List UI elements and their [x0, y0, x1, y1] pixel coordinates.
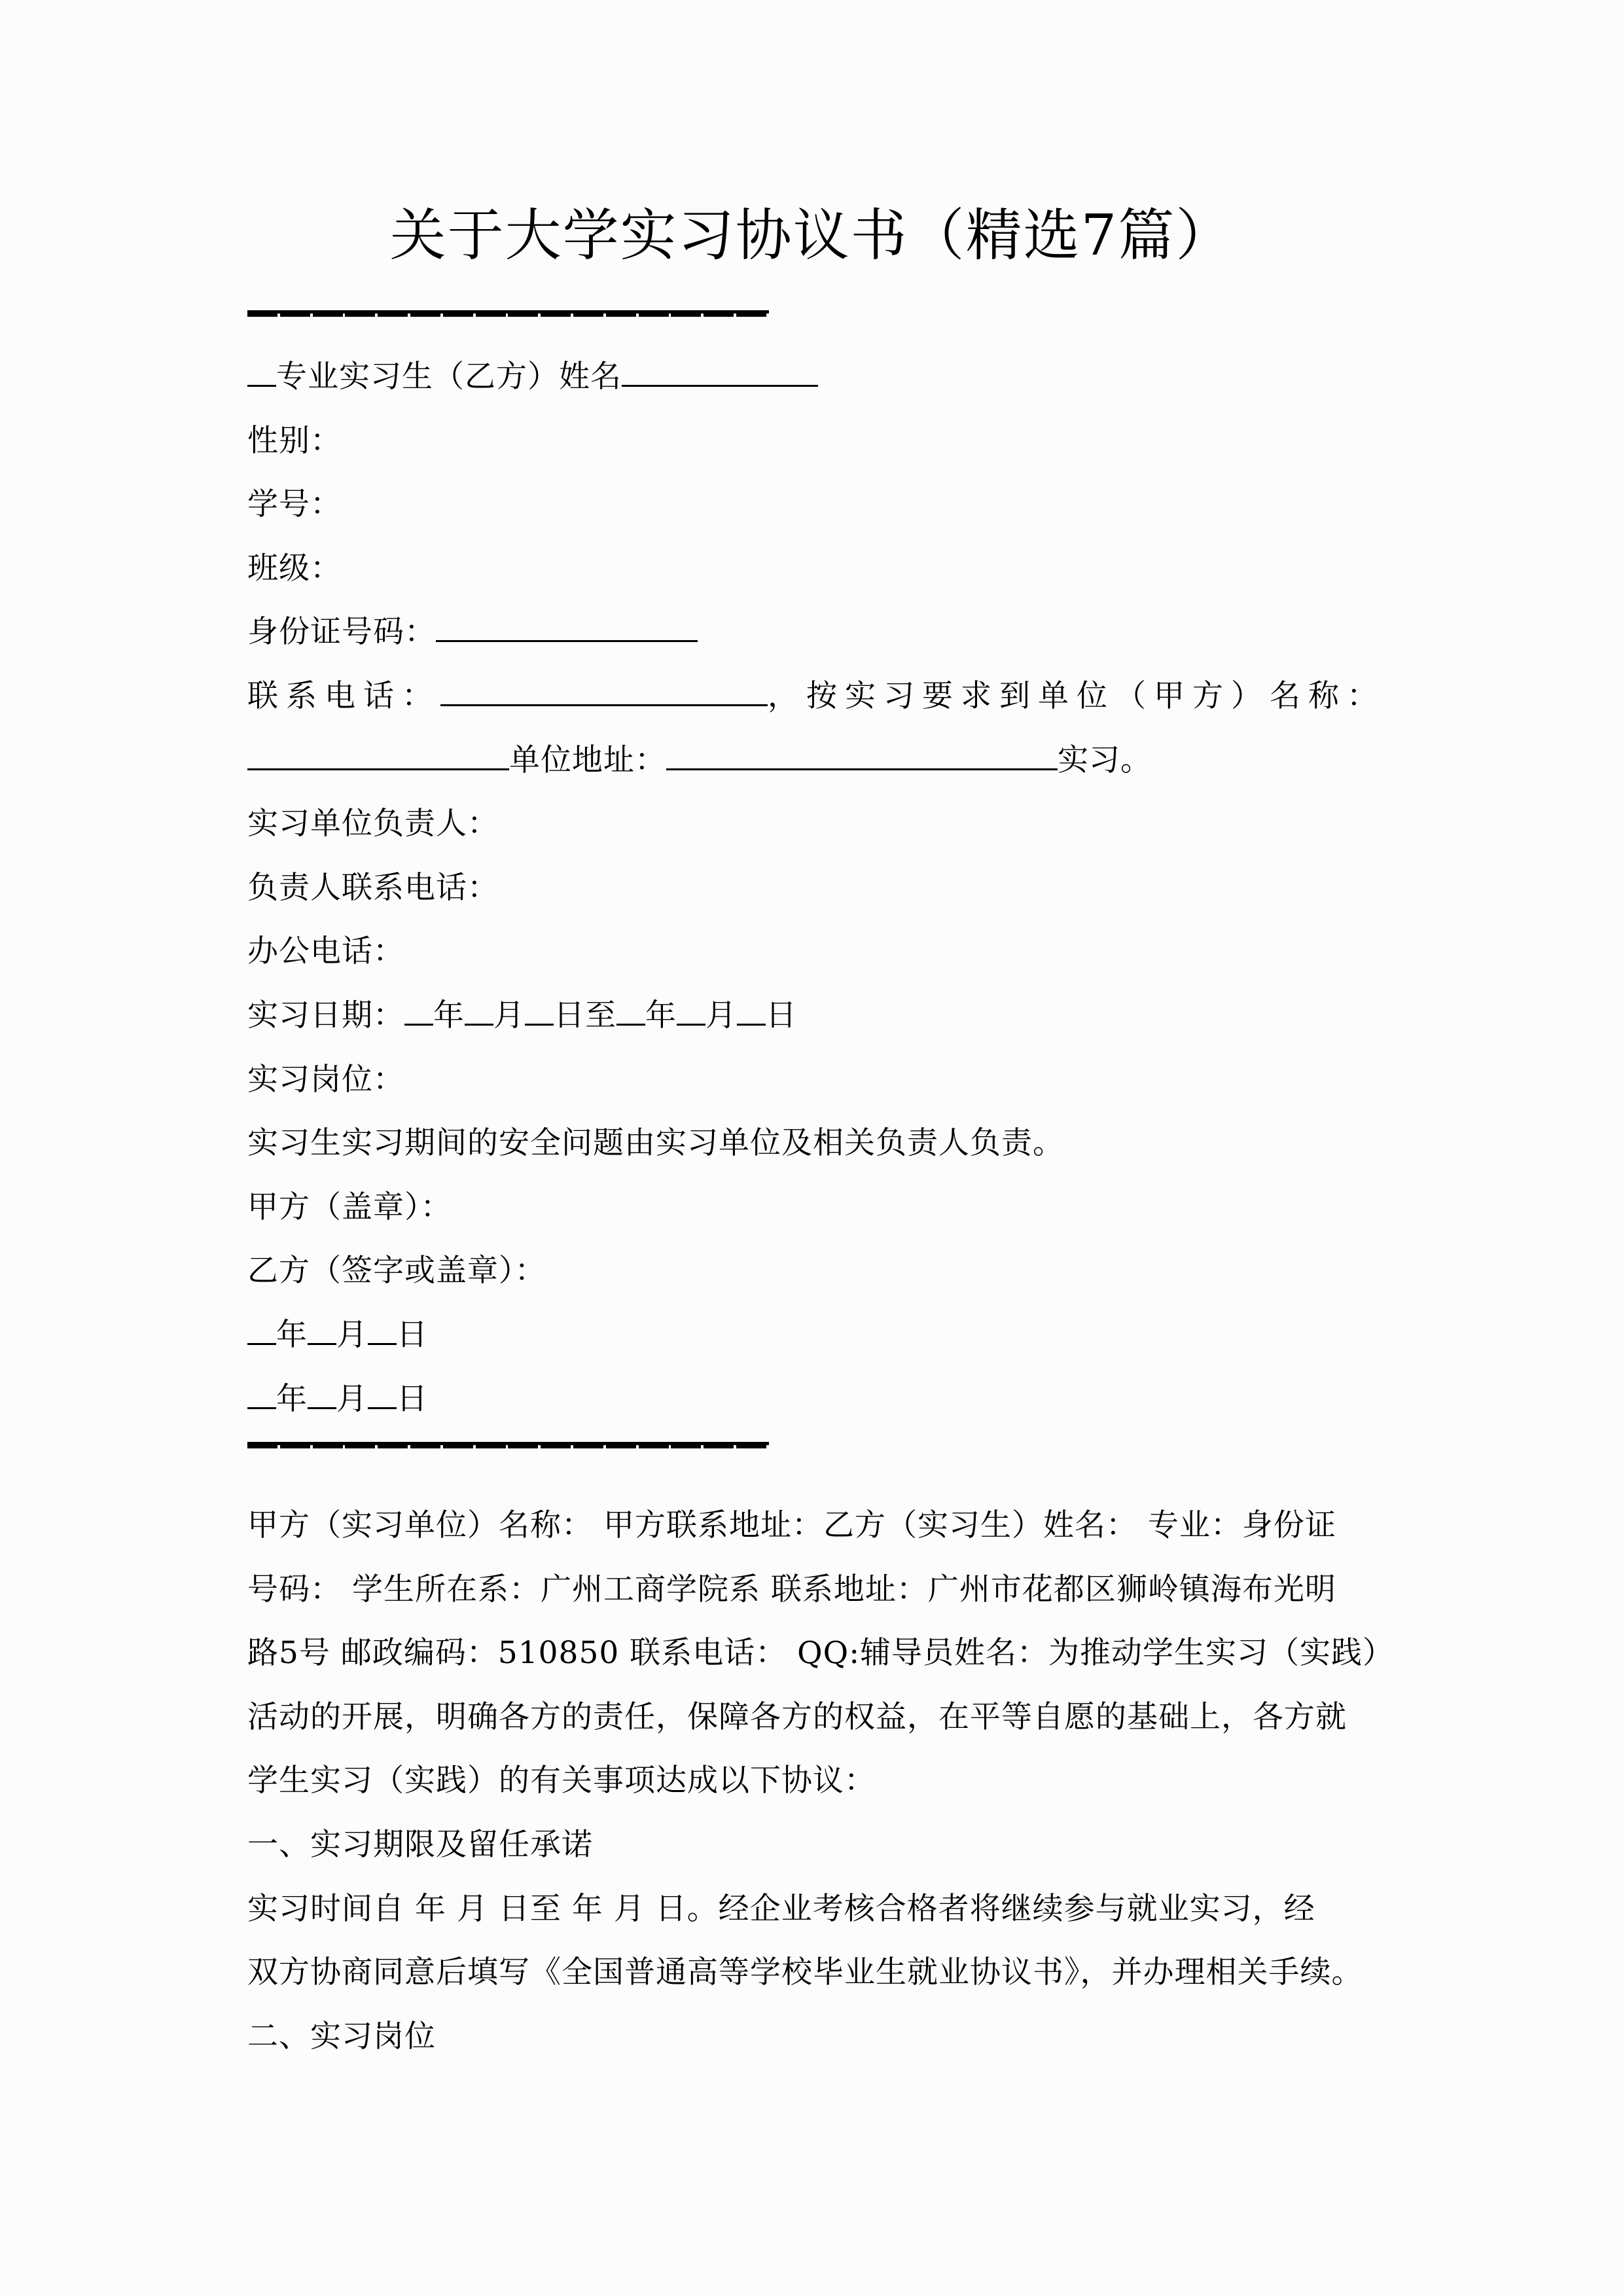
unit-name-label: ，按实习要求到单位（甲方）名称： [768, 678, 1385, 714]
safety-statement-text: 实习生实习期间的安全问题由实习单位及相关负责人负责。 [247, 1125, 1064, 1161]
phone-blank[interactable] [440, 678, 768, 706]
party-b-sign-line: 乙方（签字或盖章）： [247, 1239, 1380, 1303]
start-day-blank[interactable] [525, 997, 554, 1026]
date2-day-label: 日 [397, 1381, 428, 1417]
safety-statement: 实习生实习期间的安全问题由实习单位及相关负责人负责。 [247, 1111, 1380, 1175]
start-month-label: 月 [493, 997, 525, 1033]
agreement-line: 活动的开展，明确各方的责任，保障各方的权益，在平等自愿的基础上，各方就 [247, 1685, 1380, 1749]
agreement-line: 路5号 邮政编码：510850 联系电话： QQ:辅导员姓名：为推动学生实习（实… [247, 1621, 1380, 1685]
date1-year-blank[interactable] [247, 1317, 276, 1345]
unit-address-suffix: 实习。 [1058, 742, 1152, 778]
end-day-label: 日 [766, 997, 797, 1033]
id-number-line: 身份证号码： [247, 600, 1380, 664]
dash-divider-top [247, 310, 769, 314]
document-page: 关于大学实习协议书（精选7篇） 专业实习生（乙方）姓名 性别： 学号： 班级： … [0, 0, 1623, 2296]
class-label: 班级： [247, 550, 342, 586]
phone-label: 联系电话： [247, 678, 440, 714]
date2-month-label: 月 [336, 1381, 368, 1417]
unit-name-blank[interactable] [247, 742, 509, 770]
section-heading-1: 一、实习期限及留任承诺 [247, 1813, 1380, 1877]
supervisor-phone-label: 负责人联系电话： [247, 870, 499, 906]
supervisor-line: 实习单位负责人： [247, 792, 1380, 856]
period-line: 实习日期：年月日至年月日 [247, 984, 1380, 1048]
major-blank[interactable] [247, 359, 276, 387]
agreement-body: 甲方（实习单位）名称： 甲方联系地址：乙方（实习生）姓名： 专业：身份证 号码：… [247, 1494, 1380, 2068]
end-year-label: 年 [645, 997, 677, 1033]
intern-form: 专业实习生（乙方）姓名 性别： 学号： 班级： 身份证号码： 联系电话：，按实习… [247, 345, 1380, 1431]
date1-month-label: 月 [336, 1317, 368, 1353]
start-year-label: 年 [433, 997, 465, 1033]
party-a-seal-line: 甲方（盖章）： [247, 1175, 1380, 1240]
position-line: 实习岗位： [247, 1048, 1380, 1112]
agreement-line: 学生实习（实践）的有关事项达成以下协议： [247, 1749, 1380, 1813]
class-line: 班级： [247, 537, 1380, 601]
date2-month-blank[interactable] [308, 1381, 336, 1409]
section1-line: 双方协商同意后填写《全国普通高等学校毕业生就业协议书》，并办理相关手续。 [247, 1941, 1380, 2005]
date-line-1: 年月日 [247, 1303, 1380, 1367]
date2-year-blank[interactable] [247, 1381, 276, 1409]
date1-month-blank[interactable] [308, 1317, 336, 1345]
date2-day-blank[interactable] [368, 1381, 397, 1409]
gender-line: 性别： [247, 409, 1380, 473]
office-phone-line: 办公电话： [247, 920, 1380, 984]
date-line-2: 年月日 [247, 1367, 1380, 1431]
start-month-blank[interactable] [465, 997, 493, 1026]
unit-address-label: 单位地址： [509, 742, 666, 778]
end-month-blank[interactable] [677, 997, 705, 1026]
gender-label: 性别： [247, 423, 342, 459]
section1-line: 实习时间自 年 月 日至 年 月 日。经企业考核合格者将继续参与就业实习，经 [247, 1877, 1380, 1941]
office-phone-label: 办公电话： [247, 933, 404, 969]
date1-day-blank[interactable] [368, 1317, 397, 1345]
supervisor-label: 实习单位负责人： [247, 806, 499, 842]
unit-address-blank[interactable] [666, 742, 1058, 770]
start-day-label: 日至 [554, 997, 616, 1033]
start-year-blank[interactable] [404, 997, 433, 1026]
phone-line: 联系电话：，按实习要求到单位（甲方）名称： [247, 664, 1380, 728]
unit-address-line: 单位地址：实习。 [247, 728, 1380, 793]
supervisor-phone-line: 负责人联系电话： [247, 856, 1380, 920]
id-number-label: 身份证号码： [247, 614, 436, 650]
document-title: 关于大学实习协议书（精选7篇） [0, 196, 1623, 275]
student-id-line: 学号： [247, 473, 1380, 537]
position-label: 实习岗位： [247, 1062, 404, 1098]
end-month-label: 月 [705, 997, 737, 1033]
date2-year-label: 年 [276, 1381, 308, 1417]
student-name-line: 专业实习生（乙方）姓名 [247, 345, 1380, 409]
date1-year-label: 年 [276, 1317, 308, 1353]
period-label: 实习日期： [247, 997, 404, 1033]
agreement-line: 甲方（实习单位）名称： 甲方联系地址：乙方（实习生）姓名： 专业：身份证 [247, 1494, 1380, 1558]
student-name-label: 专业实习生（乙方）姓名 [276, 359, 622, 395]
section-heading-2: 二、实习岗位 [247, 2005, 1380, 2069]
end-year-blank[interactable] [616, 997, 645, 1026]
dash-divider-bottom [247, 1442, 769, 1445]
id-number-blank[interactable] [436, 614, 698, 642]
end-day-blank[interactable] [737, 997, 766, 1026]
party-b-sign-label: 乙方（签字或盖章）： [247, 1253, 546, 1289]
student-name-blank[interactable] [622, 359, 818, 387]
agreement-line: 号码： 学生所在系：广州工商学院系 联系地址：广州市花都区狮岭镇海布光明 [247, 1558, 1380, 1622]
date1-day-label: 日 [397, 1317, 428, 1353]
party-a-seal-label: 甲方（盖章）： [247, 1189, 452, 1225]
student-id-label: 学号： [247, 486, 342, 522]
